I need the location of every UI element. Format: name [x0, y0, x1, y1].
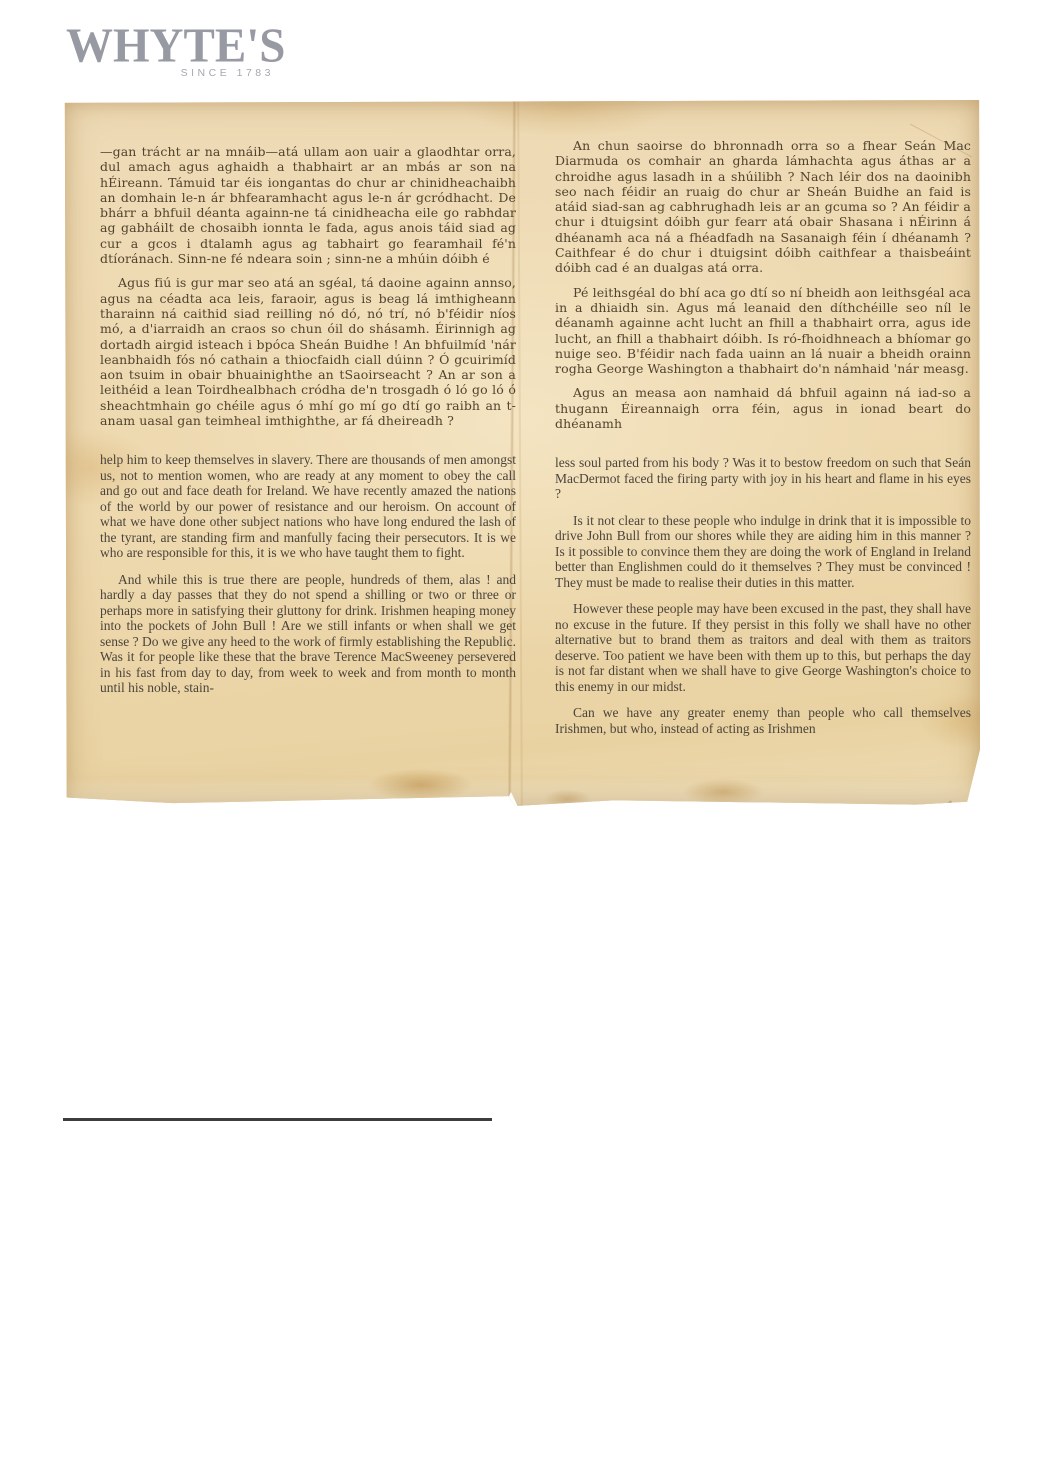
english-paragraph: Is it not clear to these people who indu… [555, 513, 971, 591]
right-irish-section: An chun saoirse do bhronnadh orra so a f… [555, 138, 971, 431]
english-paragraph: Can we have any greater enemy than peopl… [555, 705, 971, 736]
right-column: An chun saoirse do bhronnadh orra so a f… [555, 138, 971, 747]
irish-paragraph: Agus fiú is gur mar seo atá an sgéal, tá… [100, 275, 516, 428]
left-column: —gan trácht ar na mnáib—atá ullam aon ua… [100, 144, 516, 707]
irish-paragraph: An chun saoirse do bhronnadh orra so a f… [555, 138, 971, 276]
document-scan: —gan trácht ar na mnáib—atá ullam aon ua… [63, 100, 980, 806]
irish-paragraph: —gan trácht ar na mnáib—atá ullam aon ua… [100, 144, 516, 266]
irish-paragraph: Pé leithsgéal do bhí aca go dtí so ní bh… [555, 285, 971, 377]
secondary-fold-crease [517, 100, 523, 806]
bottom-right-crease [864, 800, 952, 806]
footnote-rule [63, 1118, 492, 1121]
whytes-logo: WHYTE'S SINCE 1783 [66, 22, 276, 79]
right-english-section: less soul parted from his body ? Was it … [555, 455, 971, 736]
left-english-section: help him to keep themselves in slavery. … [100, 452, 516, 696]
english-paragraph: However these people may have been excus… [555, 601, 971, 694]
english-paragraph: less soul parted from his body ? Was it … [555, 455, 971, 502]
logo-wordmark: WHYTE'S [66, 22, 276, 71]
left-irish-section: —gan trácht ar na mnáib—atá ullam aon ua… [100, 144, 516, 428]
page-container: WHYTE'S SINCE 1783 —gan trácht ar na mná… [0, 0, 1040, 1471]
bottom-fold-tear [504, 792, 518, 806]
irish-paragraph: Agus an measa aon namhaid dá bhfuil agai… [555, 385, 971, 431]
english-paragraph: help him to keep themselves in slavery. … [100, 452, 516, 561]
english-paragraph: And while this is true there are people,… [100, 572, 516, 696]
